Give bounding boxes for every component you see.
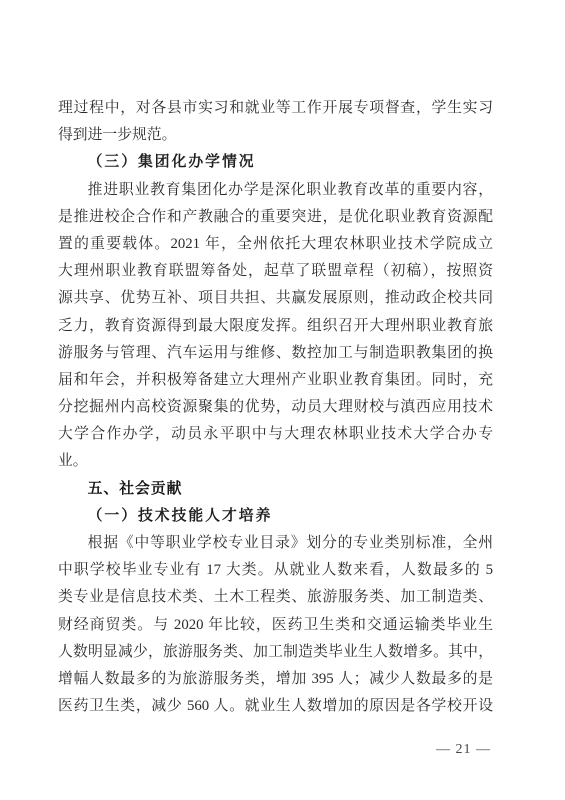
text-line: 推进职业教育集团化办学是深化职业教育改革的重要内容， [58, 177, 493, 204]
text-line: 人数明显减少，旅游服务类、加工制造类毕业生人数增多。其中， [58, 639, 493, 666]
text-line: 理过程中，对各县市实习和就业等工作开展专项督查，学生实习 [58, 95, 493, 122]
text-line: 源共享、优势互补、项目共担、共赢发展原则，推动政企校共同 [58, 285, 493, 312]
text-line: 增幅人数最多的为旅游服务类，增加 395 人；减少人数最多的是 [58, 666, 493, 693]
text-line: 乏力，教育资源得到最大限度发挥。组织召开大理州职业教育旅 [58, 313, 493, 340]
text-line: 类专业是信息技术类、土木工程类、旅游服务类、加工制造类、 [58, 584, 493, 611]
page-number: — 21 — [436, 742, 491, 758]
subsection-heading-1: （一）技术技能人才培养 [58, 503, 493, 530]
text-line: 大学合作办学，动员永平职中与大理农林职业技术大学合办专 [58, 421, 493, 448]
text-line: 中职学校毕业专业有 17 大类。从就业人数来看，人数最多的 5 [58, 557, 493, 584]
text-line: 医药卫生类，减少 560 人。就业生人数增加的原因是各学校开设 [58, 693, 493, 720]
text-line: 业。 [58, 448, 493, 475]
text-line: 游服务与管理、汽车运用与维修、数控加工与制造职教集团的换 [58, 340, 493, 367]
text-line: 根据《中等职业学校专业目录》划分的专业类别标准，全州 [58, 530, 493, 557]
text-line: 届和年会，并积极筹备建立大理州产业职业教育集团。同时，充 [58, 367, 493, 394]
text-line: 得到进一步规范。 [58, 122, 493, 149]
document-page: 理过程中，对各县市实习和就业等工作开展专项督查，学生实习 得到进一步规范。 （三… [0, 0, 565, 800]
text-line: 大理州职业教育联盟筹备处，起草了联盟章程（初稿），按照资 [58, 258, 493, 285]
section-heading-5: 五、社会贡献 [58, 476, 493, 503]
text-line: 是推进校企合作和产教融合的重要突进，是优化职业教育资源配 [58, 204, 493, 231]
text-line: 分挖掘州内高校资源聚集的优势，动员大理财校与滇西应用技术 [58, 394, 493, 421]
text-line: 置的重要载体。2021 年，全州依托大理农林职业技术学院成立 [58, 231, 493, 258]
text-line: 财经商贸类。与 2020 年比较，医药卫生类和交通运输类毕业生 [58, 612, 493, 639]
text-block: 理过程中，对各县市实习和就业等工作开展专项督查，学生实习 得到进一步规范。 （三… [58, 95, 493, 720]
section-heading-3: （三）集团化办学情况 [58, 149, 493, 176]
